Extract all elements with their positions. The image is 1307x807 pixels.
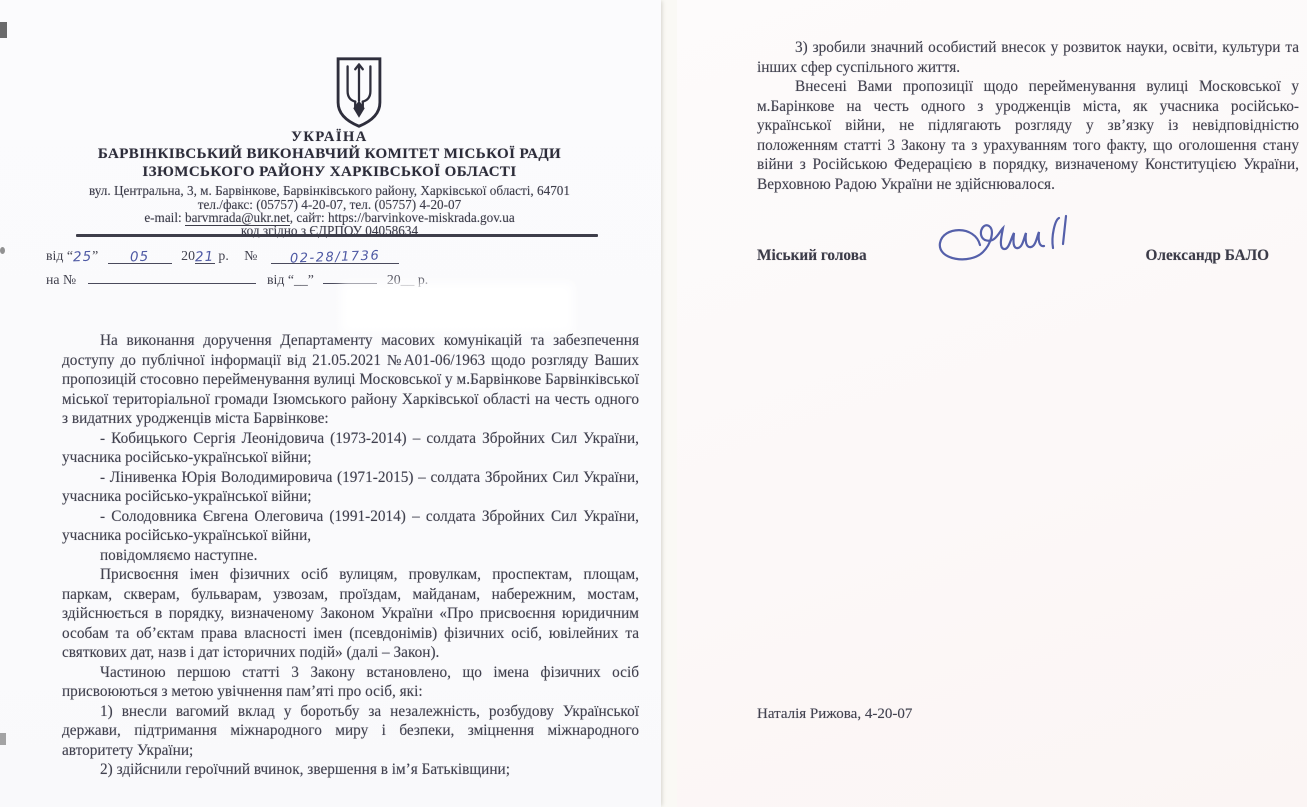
handwritten-month: 05 [130,249,150,266]
executor-contact: Наталія Рижова, 4-20-07 [757,706,912,723]
year-blank: 21 [195,248,215,264]
list-item: - Солодовника Євгена Олеговича (1991-201… [62,507,639,546]
numbered-item: 2) здійснили героїчний вчинок, звершення… [62,760,639,780]
paragraph: Внесені Вами пропозиції щодо перейменува… [757,77,1299,194]
letter-body-page1: На виконання доручення Департаменту масо… [62,331,639,780]
paragraph: На виконання доручення Департаменту масо… [62,331,639,429]
handwritten-day: 25 [73,249,93,266]
reference-block: від “25” 05 2021 р. № 02-28/1736 на № ві… [46,248,428,292]
paragraph: Частиною першою статті 3 Закону встановл… [62,663,639,702]
organization-name: БАРВІНКІВСЬКИЙ ВИКОНАВЧИЙ КОМІТЕТ МІСЬКО… [28,146,631,163]
country-name: УКРАЇНА [28,129,631,146]
incoming-date-label: від “__” [267,272,314,287]
number-blank: 02-28/1736 [271,248,399,264]
page-1: УКРАЇНА БАРВІНКІВСЬКИЙ ВИКОНАВЧИЙ КОМІТЕ… [0,0,661,807]
paragraph: Присвоєння імен фізичних осіб вулицям, п… [62,565,639,663]
incoming-number-blank [88,268,256,284]
letter-body-page2: 3) зробили значний особистий внесок у ро… [757,38,1299,194]
numbered-item: 3) зробили значний особистий внесок у ро… [757,38,1299,77]
scan-artifact [0,733,6,745]
handwritten-year: 21 [195,249,215,266]
letterhead-divider [76,234,598,237]
signer-title: Міський голова [757,247,867,265]
outgoing-reference-line: від “25” 05 2021 р. № 02-28/1736 [46,248,428,264]
handwritten-number: 02-28/1736 [290,248,381,266]
list-item: - Кобицького Сергія Леонідовича (1973-20… [62,429,639,468]
coat-of-arms-icon [330,55,388,131]
incoming-prefix: на № [46,272,76,287]
page-2: 3) зробили значний особистий внесок у ро… [677,0,1307,807]
number-sign: № [244,248,257,263]
numbered-item: 1) внесли вагомий вклад у боротьбу за не… [62,702,639,761]
redacted-addressee-area [348,290,566,326]
date-quote: ” [92,248,98,263]
incoming-date-blank [323,268,377,284]
scanned-letter: УКРАЇНА БАРВІНКІВСЬКИЙ ВИКОНАВЧИЙ КОМІТЕ… [0,0,1307,807]
month-blank: 05 [108,248,172,264]
scan-artifact [0,247,5,254]
signer-name: Олександр БАЛО [1146,247,1269,265]
organization-region: ІЗЮМСЬКОГО РАЙОНУ ХАРКІВСЬКОЇ ОБЛАСТІ [28,164,631,181]
scan-artifact [0,22,7,38]
year-printed: 20 [181,248,195,263]
list-item: - Лінивенка Юрія Володимировича (1971-20… [62,468,639,507]
incoming-year-label: 20__ р. [387,272,428,287]
incoming-reference-line: на № від “__” 20__ р. [46,268,428,288]
year-suffix: р. [218,248,228,263]
date-prefix: від “ [46,248,73,263]
paragraph: повідомляємо наступне. [62,546,639,566]
signature-icon [925,210,1075,270]
